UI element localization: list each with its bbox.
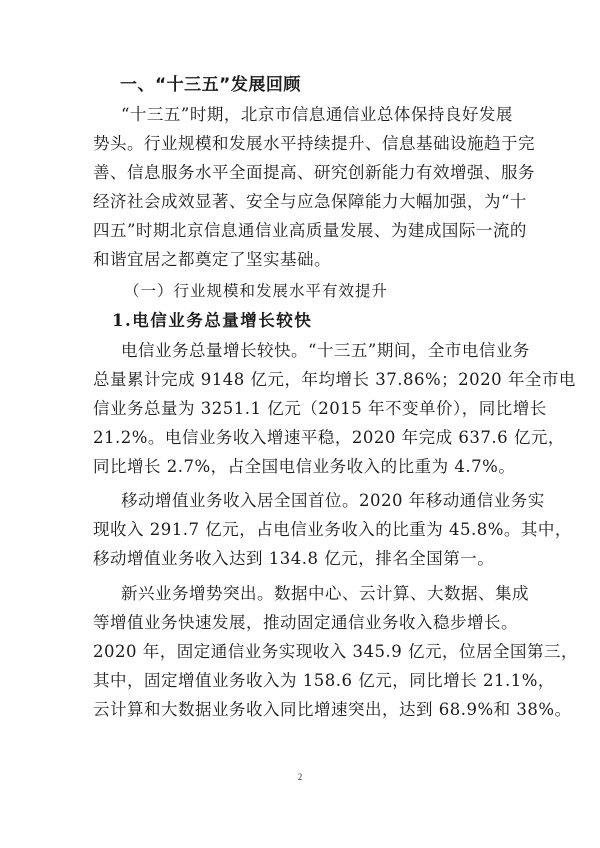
intro-line: 势头。行业规模和发展水平持续提升、信息基础设施趋于完 [93, 132, 511, 156]
section-heading: 一、“十三五”发展回顾 [120, 73, 538, 97]
paragraph-line: 总量累计完成 9148 亿元，年均增长 37.86%；2020 年全市电 [93, 368, 511, 392]
paragraph-line: 其中，固定增值业务收入为 158.6 亿元，同比增长 21.1%， [93, 669, 511, 693]
intro-line: 经济社会成效显著、安全与应急保障能力大幅加强，为“十 [93, 190, 511, 214]
paragraph-line: 移动增值业务收入达到 134.8 亿元，排名全国第一。 [93, 547, 511, 571]
intro-line: 善、信息服务水平全面提高、研究创新能力有效增强、服务 [93, 161, 511, 185]
paragraph-line: 等增值业务快速发展，推动固定通信业务收入稳步增长。 [93, 611, 511, 635]
intro-line: “十三五”时期，北京市信息通信业总体保持良好发展 [121, 103, 511, 127]
subsubsection-heading: 1.电信业务总量增长较快 [112, 309, 530, 333]
intro-line: 和谐宜居之都奠定了坚实基础。 [93, 248, 511, 272]
paragraph-line: 云计算和大数据业务收入同比增速突出，达到 68.9%和 38%。 [93, 698, 511, 722]
subsection-heading: （一）行业规模和发展水平有效提升 [124, 279, 542, 303]
paragraph-line: 同比增长 2.7%，占全国电信业务收入的比重为 4.7%。 [93, 455, 511, 479]
paragraph-line: 21.2%。电信业务收入增速平稳，2020 年完成 637.6 亿元， [93, 426, 511, 450]
paragraph-line: 新兴业务增势突出。数据中心、云计算、大数据、集成 [121, 582, 511, 606]
paragraph-line: 2020 年，固定通信业务实现收入 345.9 亿元，位居全国第三， [93, 640, 511, 664]
intro-line: 四五”时期北京信息通信业高质量发展、为建成国际一流的 [93, 219, 511, 243]
paragraph-line: 电信业务总量增长较快。“十三五”期间，全市电信业务 [121, 339, 511, 363]
page-number: 2 [290, 772, 310, 782]
paragraph-line: 现收入 291.7 亿元，占电信业务收入的比重为 45.8%。其中， [93, 518, 511, 542]
paragraph-line: 信业务总量为 3251.1 亿元（2015 年不变单价），同比增长 [93, 397, 511, 421]
paragraph-line: 移动增值业务收入居全国首位。2020 年移动通信业务实 [121, 489, 511, 513]
document-page: 一、“十三五”发展回顾 “十三五”时期，北京市信息通信业总体保持良好发展 势头。… [0, 0, 600, 848]
